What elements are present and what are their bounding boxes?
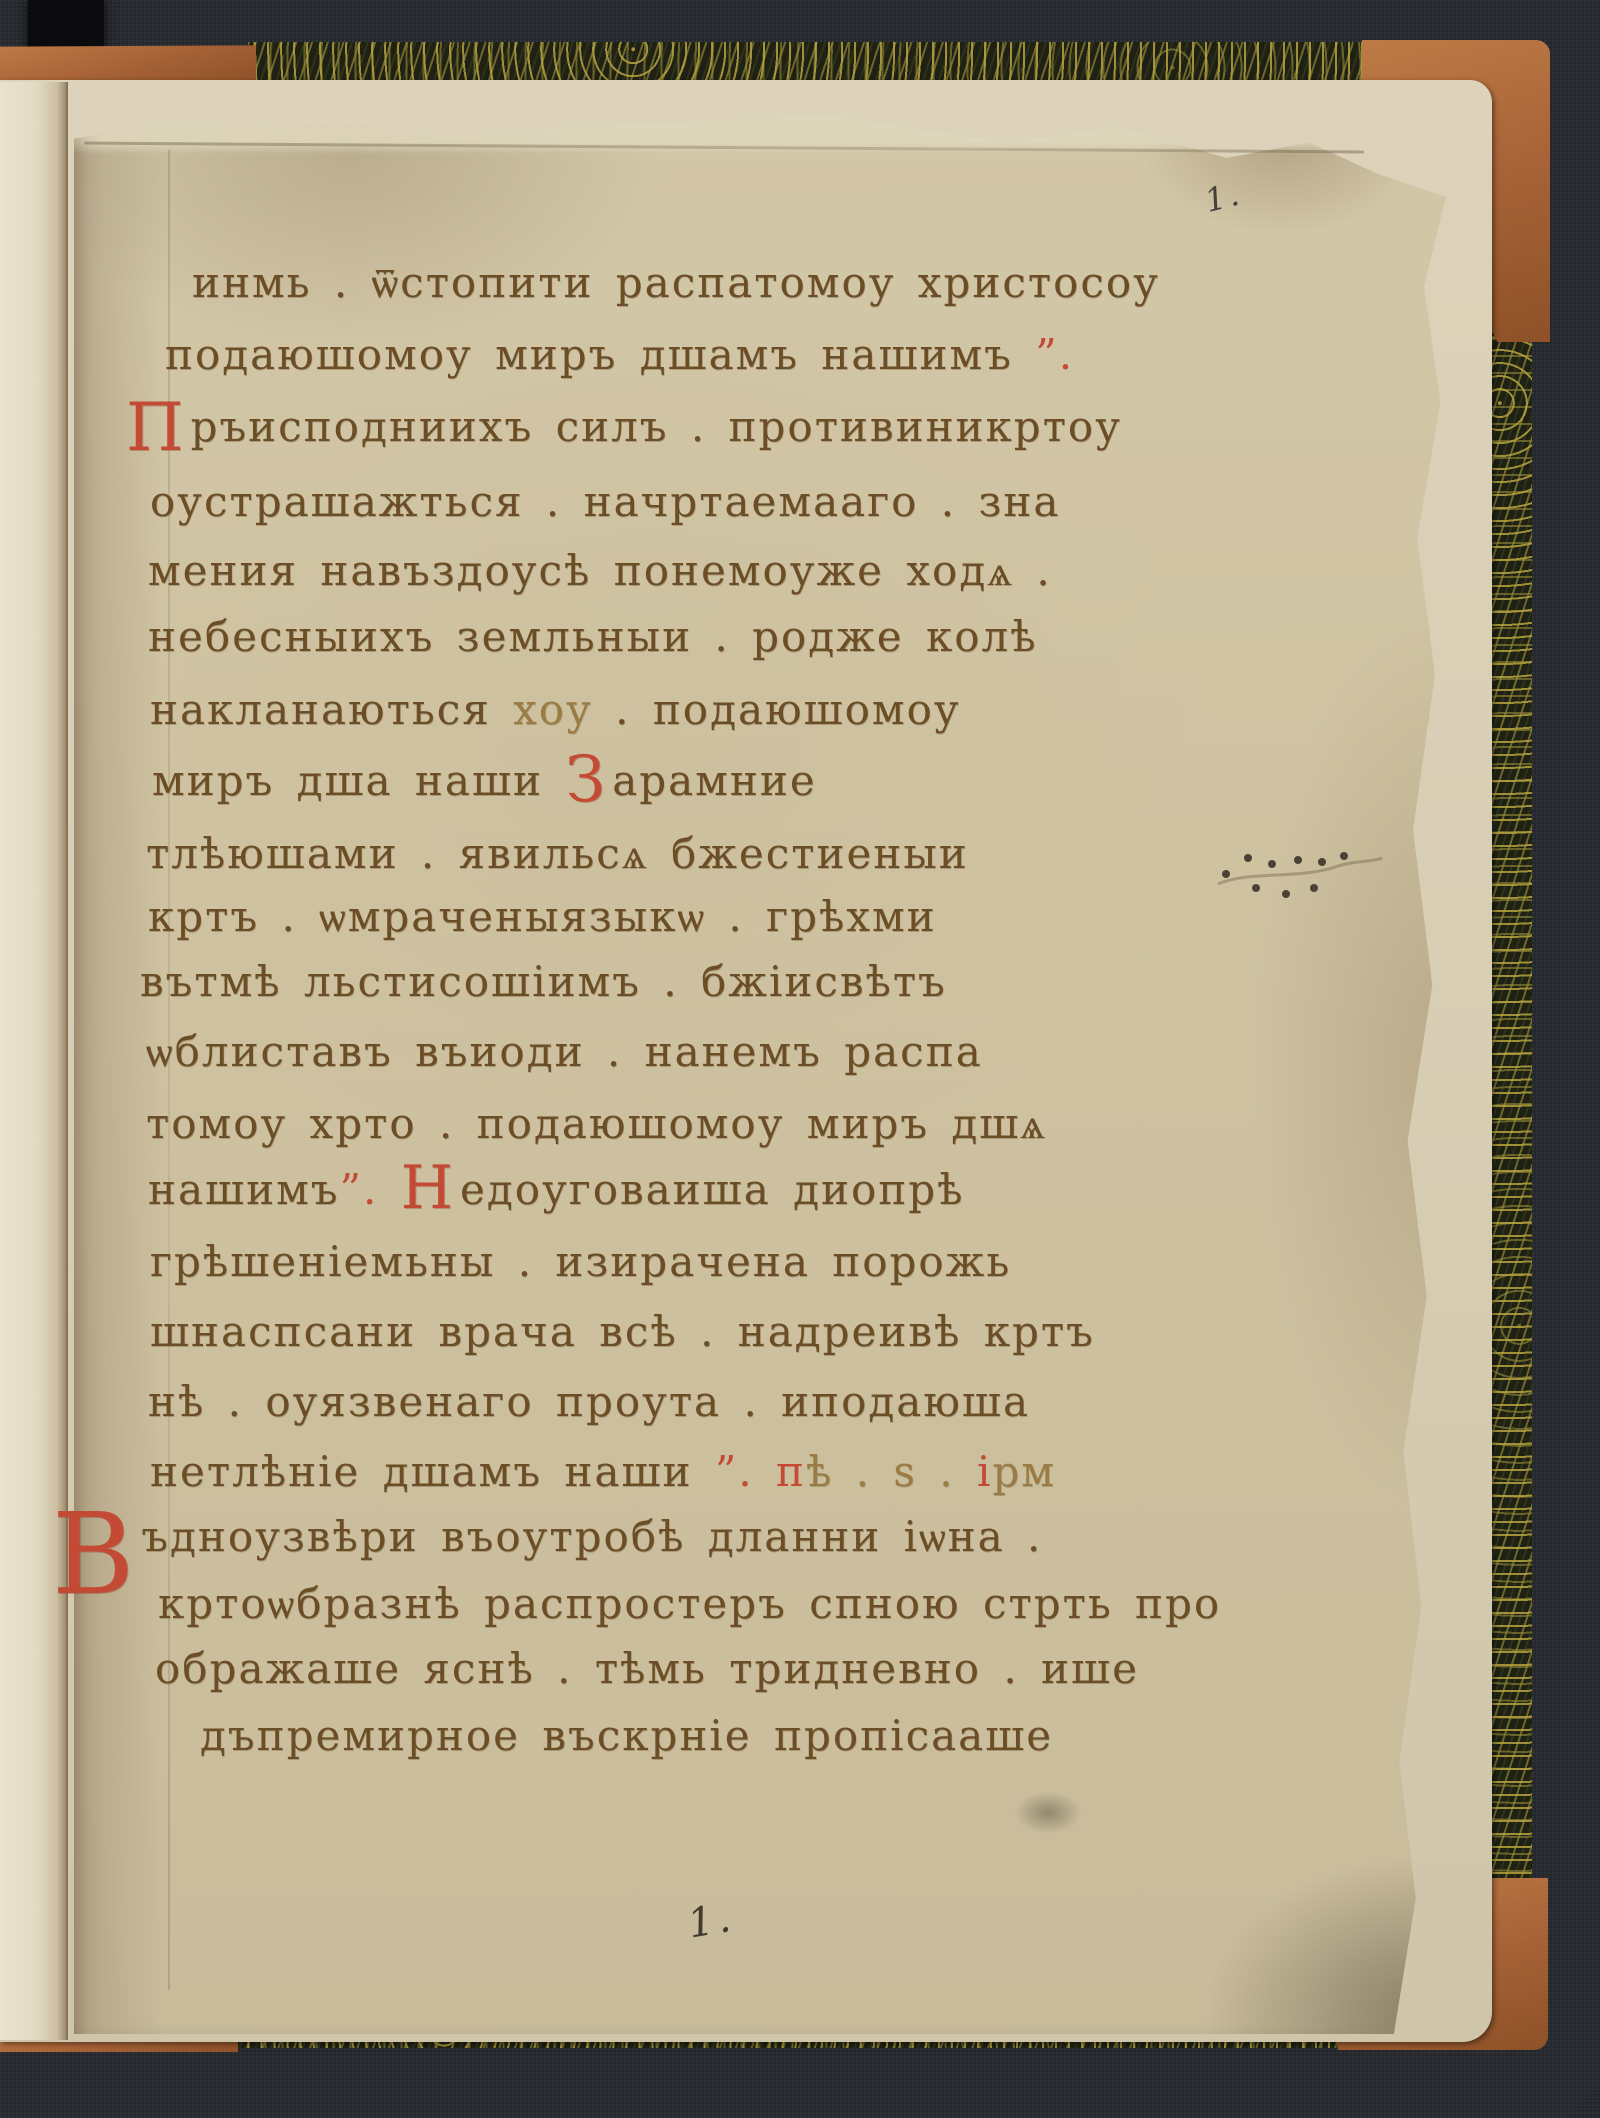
stitched-repair-marks xyxy=(1210,822,1390,922)
marbled-cover-right-edge xyxy=(1486,42,1532,2048)
parchment-fold-line xyxy=(168,150,170,1990)
photographed-manuscript-scene: { "photo": { "description": "Parchment m… xyxy=(0,0,1600,2118)
quire-mark: 1. xyxy=(684,1894,737,1947)
marbled-cover-top-edge xyxy=(248,42,1532,82)
facing-page-gutter xyxy=(0,82,68,2040)
parchment-page xyxy=(74,92,1446,2034)
